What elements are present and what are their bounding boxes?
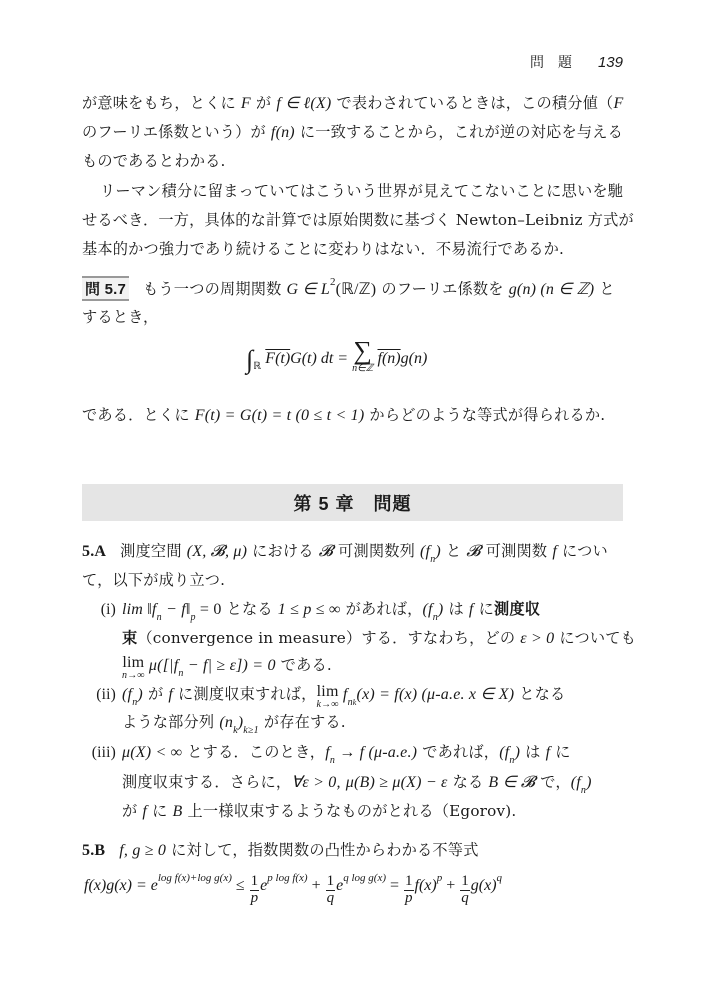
running-head: 問 題 139	[530, 52, 623, 72]
exercise-5A-line-2: て，以下が成り立つ.	[82, 569, 225, 590]
book-page: 問 題 139 が意味をもち，とくに F が f ∈ ℓ(X) で表わされている…	[0, 0, 705, 1000]
problem-5-7-line-2: するとき，	[82, 306, 158, 327]
exercise-5A-line-1: 5.A測度空間 (X, 𝓑, μ) における 𝓑 可測関数列 (fn) と 𝓑 …	[82, 540, 608, 565]
item-ii-line-1: (ii)(fn) が f に測度収束すれば，limk→∞ fnk(x) = f(…	[82, 683, 565, 710]
chapter-heading: 第 5 章 問題	[82, 484, 623, 521]
problem-label: 問 5.7	[82, 276, 129, 301]
para2-line-1: リーマン積分に留まっていてはこういう世界が見えてこないことに思いを馳	[100, 180, 623, 201]
page-number: 139	[598, 54, 623, 71]
problem-5-7-line-1: 問 5.7もう一つの周期関数 G ∈ L2(ℝ/ℤ) のフーリエ係数を g(n)…	[82, 276, 615, 301]
item-i-line-2: 束（convergence in measure）する．すなわち，どの ε > …	[122, 627, 636, 648]
exercise-label: 5.B	[82, 842, 105, 859]
running-head-section: 問 題	[530, 52, 572, 72]
item-iii-line-2: 測度収束する．さらに，∀ε > 0, μ(B) ≥ μ(X) − ε なる B …	[122, 771, 592, 796]
exercise-5B-equation: f(x)g(x) = elog f(x)+log g(x) ≤ 1pep log…	[84, 872, 502, 907]
exercise-label: 5.A	[82, 543, 106, 560]
intro-line-3: ものであるとわかる.	[82, 150, 226, 171]
intro-line-2: のフーリエ係数という）が f(n) に一致することから，これが逆の対応を与える	[82, 121, 623, 142]
intro-line-1: が意味をもち，とくに F が f ∈ ℓ(X) で表わされているときは，この積分…	[82, 92, 623, 113]
item-i-line-3: limn→∞ μ([|fn − f| ≥ ε]) = 0 である.	[122, 654, 332, 681]
problem-5-7-line-3: である．とくに F(t) = G(t) = t (0 ≤ t < 1) からどの…	[82, 404, 605, 425]
item-ii-line-2: ような部分列 (nk)k≥1 が存在する.	[122, 711, 346, 736]
para2-line-3: 基本的かつ強力であり続けることに変わりはない．不易流行であるか.	[82, 238, 564, 259]
item-i-line-1: (i)lim ‖fn − f‖p = 0 となる 1 ≤ p ≤ ∞ があれば，…	[82, 598, 540, 623]
problem-5-7-equation: ∫ℝ F(t)G(t) dt = ∑n∈ℤ f(n)g(n)	[246, 338, 427, 375]
para2-line-2: せるべき．一方，具体的な計算では原始関数に基づく Newton–Leibniz …	[82, 209, 634, 230]
item-iii-line-3: が f に B 上一様収束するようなものがとれる（Egorov).	[122, 800, 516, 821]
item-iii-line-1: (iii)μ(X) < ∞ とする．このとき，fn → f (μ-a.e.) で…	[82, 741, 571, 766]
exercise-5B-line-1: 5.Bf, g ≥ 0 に対して，指数関数の凸性からわかる不等式	[82, 839, 479, 860]
